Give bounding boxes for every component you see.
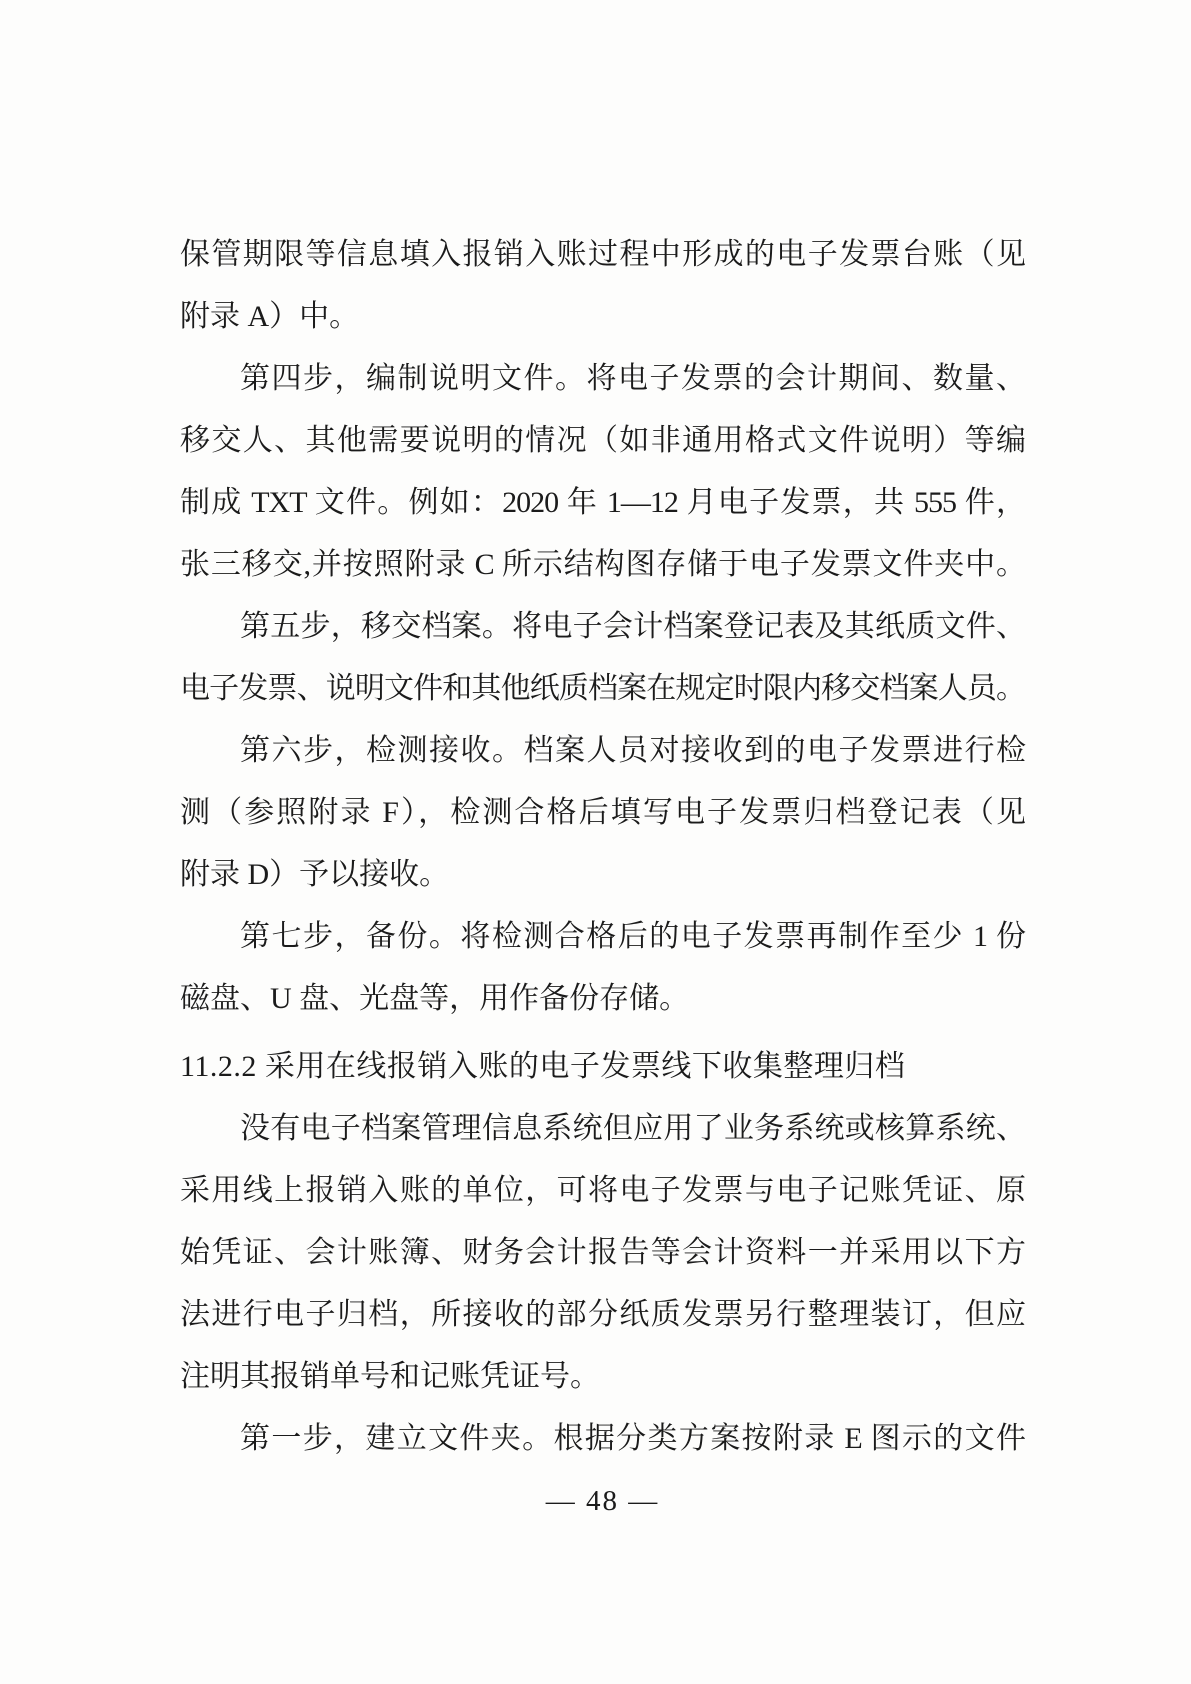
page-number: — 48 — <box>180 1470 1025 1532</box>
text-line: 注明其报销单号和记账凭证号。 <box>180 1346 1025 1408</box>
text-line: 采用线上报销入账的单位，可将电子发票与电子记账凭证、原 <box>180 1160 1025 1222</box>
text-line: 测（参照附录 F），检测合格后填写电子发票归档登记表（见 <box>180 782 1025 844</box>
text-line: 第四步，编制说明文件。将电子发票的会计期间、数量、 <box>180 348 1025 410</box>
section-heading: 11.2.2 采用在线报销入账的电子发票线下收集整理归档 <box>180 1036 1025 1098</box>
text-line: 保管期限等信息填入报销入账过程中形成的电子发票台账（见 <box>180 224 1025 286</box>
text-line: 第七步，备份。将检测合格后的电子发票再制作至少 1 份 <box>180 906 1025 968</box>
text-line: 附录 D）予以接收。 <box>180 844 1025 906</box>
text-line: 张三移交,并按照附录 C 所示结构图存储于电子发票文件夹中。 <box>180 534 1025 596</box>
text-block: 保管期限等信息填入报销入账过程中形成的电子发票台账（见 附录 A）中。 第四步，… <box>180 224 1025 1532</box>
text-line: 没有电子档案管理信息系统但应用了业务系统或核算系统、 <box>180 1098 1025 1160</box>
text-line: 第一步，建立文件夹。根据分类方案按附录 E 图示的文件 <box>180 1408 1025 1470</box>
text-line: 制成 TXT 文件。例如：2020 年 1—12 月电子发票，共 555 件， <box>180 472 1025 534</box>
text-line: 第五步，移交档案。将电子会计档案登记表及其纸质文件、 <box>180 596 1025 658</box>
text-line: 磁盘、U 盘、光盘等，用作备份存储。 <box>180 968 1025 1030</box>
text-line: 电子发票、说明文件和其他纸质档案在规定时限内移交档案人员。 <box>180 658 1025 720</box>
document-page: 保管期限等信息填入报销入账过程中形成的电子发票台账（见 附录 A）中。 第四步，… <box>0 0 1191 1684</box>
text-line: 附录 A）中。 <box>180 286 1025 348</box>
text-line: 移交人、其他需要说明的情况（如非通用格式文件说明）等编 <box>180 410 1025 472</box>
text-line: 法进行电子归档，所接收的部分纸质发票另行整理装订，但应 <box>180 1284 1025 1346</box>
text-line: 第六步，检测接收。档案人员对接收到的电子发票进行检 <box>180 720 1025 782</box>
text-line: 始凭证、会计账簿、财务会计报告等会计资料一并采用以下方 <box>180 1222 1025 1284</box>
